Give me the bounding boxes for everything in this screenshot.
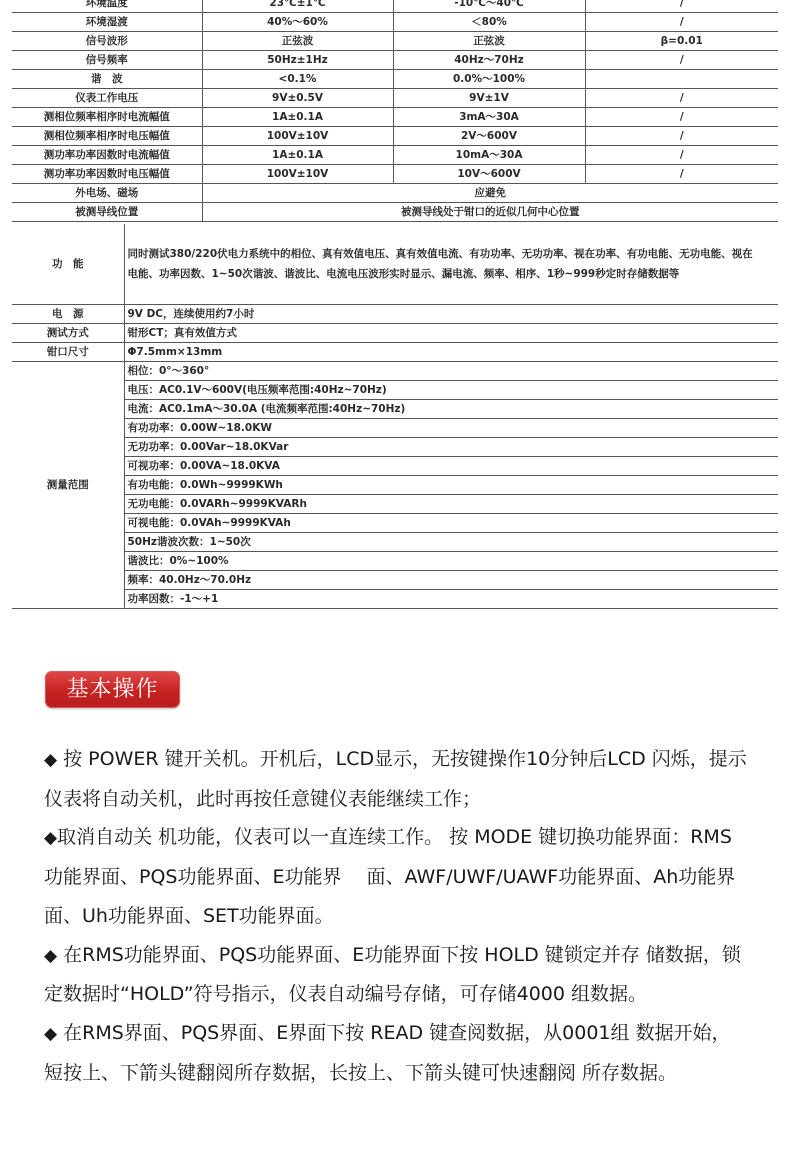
note-value [585,70,778,89]
table-row: 功率因数：-1～+1 [12,590,778,609]
note-value: / [585,0,778,13]
operations-text: ◆ 按 POWER 键开关机。开机后，LCD显示，无按键操作10分钟后LCD 闪… [44,740,749,1092]
diamond-bullet-icon: ◆ [44,946,57,966]
table-row-conductor-position: 被测导线位置 被测导线处于钳口的近似几何中心位置 [12,203,778,222]
jaw-size-label: 钳口尺寸 [12,343,124,362]
note-value: / [585,165,778,184]
operation-paragraph: ◆ 在RMS功能界面、PQS功能界面、E功能界面下按 HOLD 键锁定并存 储数… [44,936,749,1014]
param-label: 谐 波 [12,70,202,89]
range-value: 3mA～30A [393,108,585,127]
note-value: / [585,108,778,127]
range-value: 9V±1V [393,89,585,108]
table-row: 有功电能：0.0Wh~9999KWh [12,476,778,495]
operation-text: 在RMS功能界面、PQS功能界面、E功能界面下按 HOLD 键锁定并存 储数据，… [44,944,741,1006]
table-row: 可视电能：0.0VAh~9999KVAh [12,514,778,533]
ref-value: 50Hz±1Hz [202,51,393,70]
ref-value: 1A±0.1A [202,108,393,127]
table-row: 可视功率：0.00VA~18.0KVA [12,457,778,476]
table-row: 仪表工作电压 9V±0.5V 9V±1V / [12,89,778,108]
jaw-size-value: Φ7.5mm×13mm [124,343,778,362]
ref-value: <0.1% [202,70,393,89]
note-value: / [585,127,778,146]
table-row: 电流：AC0.1mA～30.0A (电流频率范围:40Hz~70Hz) [12,400,778,419]
ref-value: 100V±10V [202,165,393,184]
diamond-bullet-icon: ◆ [44,828,57,848]
table-row: 谐 波 <0.1% 0.0%～100% [12,70,778,89]
param-label: 被测导线位置 [12,203,202,222]
table-row-jaw-size: 钳口尺寸 Φ7.5mm×13mm [12,343,778,362]
feature-table: 功 能 同时测试380/220伏电力系统中的相位、真有效值电压、真有效值电流、有… [12,224,778,609]
table-row: 信号频率 50Hz±1Hz 40Hz～70Hz / [12,51,778,70]
param-label: 外电场、磁场 [12,184,202,203]
power-label: 电 源 [12,305,124,324]
table-row: 谐波比：0%~100% [12,552,778,571]
table-row: 环境温度 23℃±1℃ -10℃～40℃ / [12,0,778,13]
operation-paragraph: ◆取消自动关 机功能，仪表可以一直连续工作。 按 MODE 键切换功能界面：RM… [44,818,749,935]
range-item: 无功电能：0.0VARh~9999KVARh [124,495,778,514]
table-row: 环境湿渡 40%～60% ＜80% / [12,13,778,32]
section-title-badge: 基本操作 [45,671,180,708]
table-row: 频率：40.0Hz～70.0Hz [12,571,778,590]
range-value: 10V～600V [393,165,585,184]
diamond-bullet-icon: ◆ [44,750,57,770]
param-label: 信号频率 [12,51,202,70]
table-row: 测功率功率因数时电流幅值 1A±0.1A 10mA～30A / [12,146,778,165]
range-item: 电流：AC0.1mA～30.0A (电流频率范围:40Hz~70Hz) [124,400,778,419]
note-value: β=0.01 [585,32,778,51]
table-row-function: 功 能 同时测试380/220伏电力系统中的相位、真有效值电压、真有效值电流、有… [12,224,778,305]
conductor-position-value: 被测导线处于钳口的近似几何中心位置 [202,203,778,222]
diamond-bullet-icon: ◆ [44,1024,57,1044]
note-value: / [585,146,778,165]
param-label: 仪表工作电压 [12,89,202,108]
param-label: 信号波形 [12,32,202,51]
test-method-value: 钳形CT；真有效值方式 [124,324,778,343]
function-value: 同时测试380/220伏电力系统中的相位、真有效值电压、真有效值电流、有功功率、… [124,224,778,305]
table-row: 有功功率：0.00W~18.0KW [12,419,778,438]
param-label: 环境湿渡 [12,13,202,32]
range-item: 电压：AC0.1V～600V(电压频率范围:40Hz~70Hz) [124,381,778,400]
table-row-external-field: 外电场、磁场 应避免 [12,184,778,203]
range-item: 谐波比：0%~100% [124,552,778,571]
function-label: 功 能 [12,224,124,305]
range-value: 正弦波 [393,32,585,51]
table-row: 测相位频率相序时电流幅值 1A±0.1A 3mA～30A / [12,108,778,127]
table-row: 无功功率：0.00Var~18.0KVar [12,438,778,457]
operation-paragraph: ◆ 在RMS界面、PQS界面、E界面下按 READ 键查阅数据，从0001组 数… [44,1014,749,1092]
range-item: 可视电能：0.0VAh~9999KVAh [124,514,778,533]
ref-value: 100V±10V [202,127,393,146]
ref-value: 23℃±1℃ [202,0,393,13]
operation-text: 取消自动关 机功能，仪表可以一直连续工作。 按 MODE 键切换功能界面：RMS… [44,826,735,926]
range-item: 有功电能：0.0Wh~9999KWh [124,476,778,495]
range-value: 0.0%～100% [393,70,585,89]
range-item: 50Hz谐波次数：1~50次 [124,533,778,552]
table-row: 测相位频率相序时电压幅值 100V±10V 2V～600V / [12,127,778,146]
table-row-test-method: 测试方式 钳形CT；真有效值方式 [12,324,778,343]
note-value: / [585,89,778,108]
table-row: 50Hz谐波次数：1~50次 [12,533,778,552]
ref-value: 1A±0.1A [202,146,393,165]
range-value: 40Hz～70Hz [393,51,585,70]
range-value: -10℃～40℃ [393,0,585,13]
note-value: / [585,13,778,32]
range-item: 有功功率：0.00W~18.0KW [124,419,778,438]
note-value: / [585,51,778,70]
table-row: 信号波形 正弦波 正弦波 β=0.01 [12,32,778,51]
param-label: 测功率功率因数时电流幅值 [12,146,202,165]
power-value: 9V DC，连续使用约7小时 [124,305,778,324]
table-row: 电压：AC0.1V～600V(电压频率范围:40Hz~70Hz) [12,381,778,400]
measure-range-label: 测量范围 [12,362,124,609]
operation-text: 在RMS界面、PQS界面、E界面下按 READ 键查阅数据，从0001组 数据开… [44,1022,731,1084]
operation-text: 按 POWER 键开关机。开机后，LCD显示，无按键操作10分钟后LCD 闪烁，… [44,748,747,810]
param-label: 测相位频率相序时电流幅值 [12,108,202,127]
ref-value: 9V±0.5V [202,89,393,108]
operation-paragraph: ◆ 按 POWER 键开关机。开机后，LCD显示，无按键操作10分钟后LCD 闪… [44,740,749,818]
range-value: 10mA～30A [393,146,585,165]
external-field-value: 应避免 [202,184,778,203]
range-item: 无功功率：0.00Var~18.0KVar [124,438,778,457]
range-item: 频率：40.0Hz～70.0Hz [124,571,778,590]
table-row: 无功电能：0.0VARh~9999KVARh [12,495,778,514]
spec-table: 环境温度 23℃±1℃ -10℃～40℃ / 环境湿渡 40%～60% ＜80%… [12,0,778,222]
range-item: 可视功率：0.00VA~18.0KVA [124,457,778,476]
range-item: 功率因数：-1～+1 [124,590,778,609]
param-label: 环境温度 [12,0,202,13]
param-label: 测相位频率相序时电压幅值 [12,127,202,146]
range-value: ＜80% [393,13,585,32]
range-value: 2V～600V [393,127,585,146]
range-item: 相位：0°～360° [124,362,778,381]
table-row: 测量范围 相位：0°～360° [12,362,778,381]
test-method-label: 测试方式 [12,324,124,343]
param-label: 测功率功率因数时电压幅值 [12,165,202,184]
ref-value: 40%～60% [202,13,393,32]
table-row-power: 电 源 9V DC，连续使用约7小时 [12,305,778,324]
table-row: 测功率功率因数时电压幅值 100V±10V 10V～600V / [12,165,778,184]
ref-value: 正弦波 [202,32,393,51]
